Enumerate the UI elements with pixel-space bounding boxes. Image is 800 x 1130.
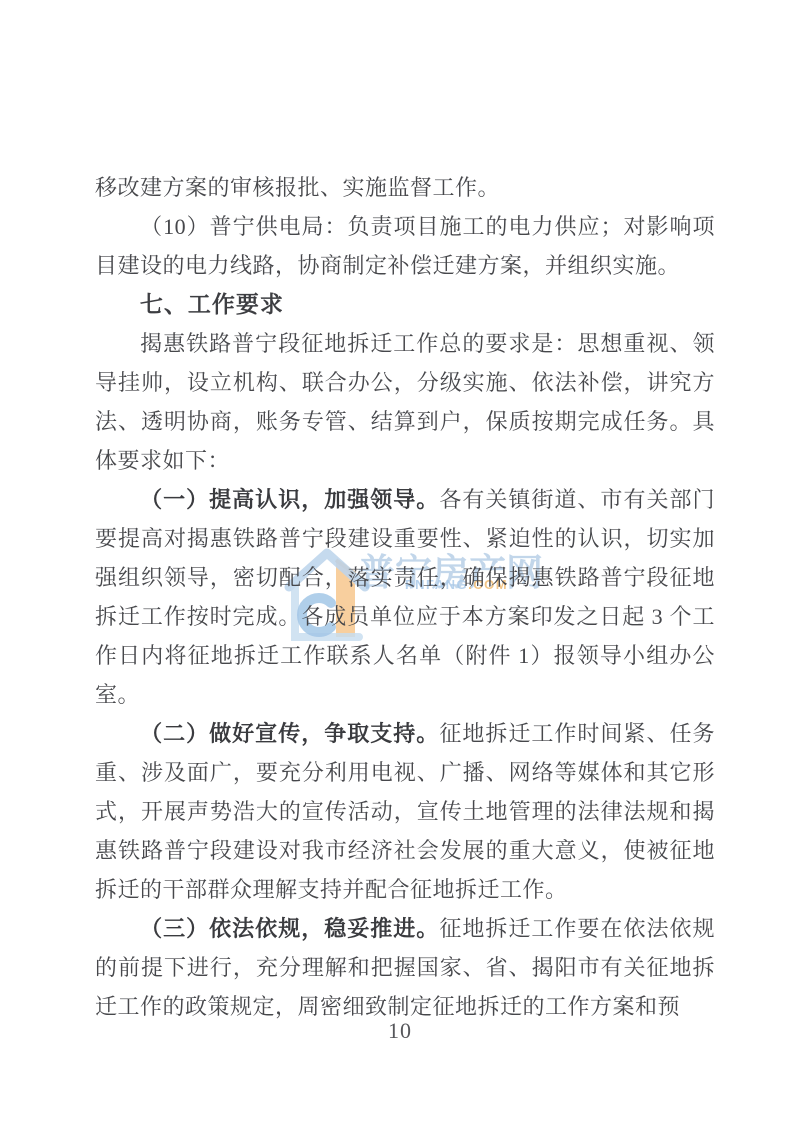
paragraph: （二）做好宣传，争取支持。征地拆迁工作时间紧、任务重、涉及面广，要充分利用电视、… — [95, 714, 715, 909]
paragraph-lead: （一）提高认识，加强领导。 — [140, 487, 439, 512]
paragraph-lead: （三）依法依规，稳妥推进。 — [140, 916, 439, 941]
page-number: 10 — [0, 1018, 800, 1044]
paragraph: （一）提高认识，加强领导。各有关镇街道、市有关部门要提高对揭惠铁路普宁段建设重要… — [95, 480, 715, 714]
paragraph: （10）普宁供电局：负责项目施工的电力供应；对影响项目建设的电力线路，协商制定补… — [95, 207, 715, 285]
paragraph-text: 各有关镇街道、市有关部门要提高对揭惠铁路普宁段建设重要性、紧迫性的认识，切实加强… — [95, 487, 715, 707]
document-content: 移改建方案的审核报批、实施监督工作。 （10）普宁供电局：负责项目施工的电力供应… — [95, 168, 715, 1026]
paragraph: 揭惠铁路普宁段征地拆迁工作总的要求是：思想重视、领导挂帅，设立机构、联合办公，分… — [95, 324, 715, 480]
paragraph-lead: （二）做好宣传，争取支持。 — [140, 721, 439, 746]
paragraph: （三）依法依规，稳妥推进。征地拆迁工作要在依法依规的前提下进行，充分理解和把握国… — [95, 909, 715, 1026]
document-page: 普宁房产网 PNFANG.COM 移改建方案的审核报批、实施监督工作。 （10）… — [0, 0, 800, 1130]
paragraph-text: 征地拆迁工作时间紧、任务重、涉及面广，要充分利用电视、广播、网络等媒体和其它形式… — [95, 721, 715, 902]
section-heading: 七、工作要求 — [95, 285, 715, 324]
paragraph-continuation: 移改建方案的审核报批、实施监督工作。 — [95, 168, 715, 207]
